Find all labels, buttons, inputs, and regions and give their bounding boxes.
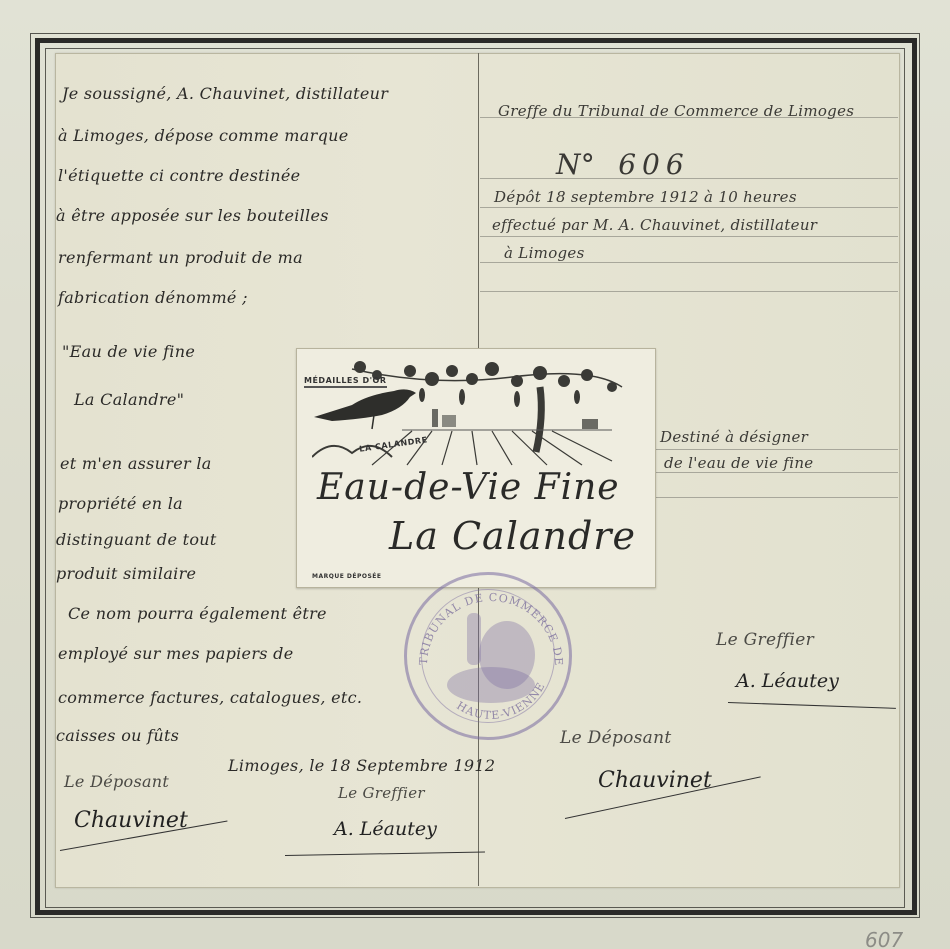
ruled-line bbox=[480, 291, 898, 292]
label-title-line2: La Calandre bbox=[389, 514, 636, 558]
ruled-line bbox=[655, 449, 898, 450]
deposit-line: Dépôt 18 septembre 1912 à 10 heures bbox=[494, 190, 797, 205]
ruled-line bbox=[480, 207, 898, 208]
clerk-signature-left: A. Léautey bbox=[334, 818, 437, 840]
ruled-line bbox=[655, 472, 898, 473]
declaration-line: fabrication dénommé ; bbox=[58, 290, 248, 306]
clerk-label-right: Le Greffier bbox=[716, 630, 814, 650]
trademark-text: MARQUE DÉPOSÉE bbox=[312, 573, 382, 580]
declaration-line: et m'en assurer la bbox=[60, 456, 212, 472]
label-title-line1: Eau-de-Vie Fine bbox=[317, 467, 620, 508]
purpose-line: de l'eau de vie fine bbox=[664, 456, 813, 471]
purpose-line: Destiné à désigner bbox=[660, 430, 808, 445]
declaration-line: à Limoges, dépose comme marque bbox=[58, 128, 348, 144]
clerk-label-left: Le Greffier bbox=[338, 784, 425, 802]
declaration-line: commerce factures, catalogues, etc. bbox=[58, 690, 362, 706]
declaration-line: distinguant de tout bbox=[56, 532, 217, 548]
declaration-line: renfermant un produit de ma bbox=[58, 250, 303, 266]
clerk-signature-right: A. Léautey bbox=[736, 670, 839, 692]
pencil-folio-number: 607 bbox=[865, 928, 903, 949]
ruled-line bbox=[655, 497, 898, 498]
depositor-label-right: Le Déposant bbox=[560, 728, 672, 748]
depositor-label-left: Le Déposant bbox=[64, 772, 169, 791]
declaration-line: propriété en la bbox=[58, 496, 183, 512]
declaration-line: Ce nom pourra également être bbox=[68, 606, 327, 622]
number-value: 606 bbox=[618, 148, 689, 181]
declaration-line: La Calandre" bbox=[74, 392, 184, 408]
stamp-emblem-icon: TRIBUNAL DE COMMERCE DE LIMOGES HAUTE-VI… bbox=[407, 575, 575, 743]
registry-heading: Greffe du Tribunal de Commerce de Limoge… bbox=[498, 104, 854, 119]
declaration-line: Je soussigné, A. Chauvinet, distillateur bbox=[62, 86, 388, 102]
declaration-line: l'étiquette ci contre destinée bbox=[58, 168, 300, 184]
medal-text: MÉDAILLES D'OR bbox=[304, 376, 387, 388]
declaration-line: caisses ou fûts bbox=[56, 728, 179, 744]
deposit-line: à Limoges bbox=[504, 246, 585, 261]
depositor-signature-left: Chauvinet bbox=[74, 808, 188, 833]
place-date: Limoges, le 18 Septembre 1912 bbox=[228, 758, 495, 774]
declaration-line: à être apposée sur les bouteilles bbox=[56, 208, 329, 224]
declaration-line: produit similaire bbox=[56, 566, 196, 582]
deposit-line: effectué par M. A. Chauvinet, distillate… bbox=[492, 218, 817, 233]
product-label: MÉDAILLES D'OR LA CALANDRE Eau-de-Vie Fi… bbox=[296, 348, 656, 588]
ruled-line bbox=[480, 262, 898, 263]
tribunal-stamp: TRIBUNAL DE COMMERCE DE LIMOGES HAUTE-VI… bbox=[404, 572, 572, 740]
number-label: N° bbox=[556, 148, 595, 181]
ruled-line bbox=[480, 236, 898, 237]
declaration-line: "Eau de vie fine bbox=[62, 344, 195, 360]
registration-number: N° 606 bbox=[556, 148, 690, 181]
declaration-line: employé sur mes papiers de bbox=[58, 646, 293, 662]
